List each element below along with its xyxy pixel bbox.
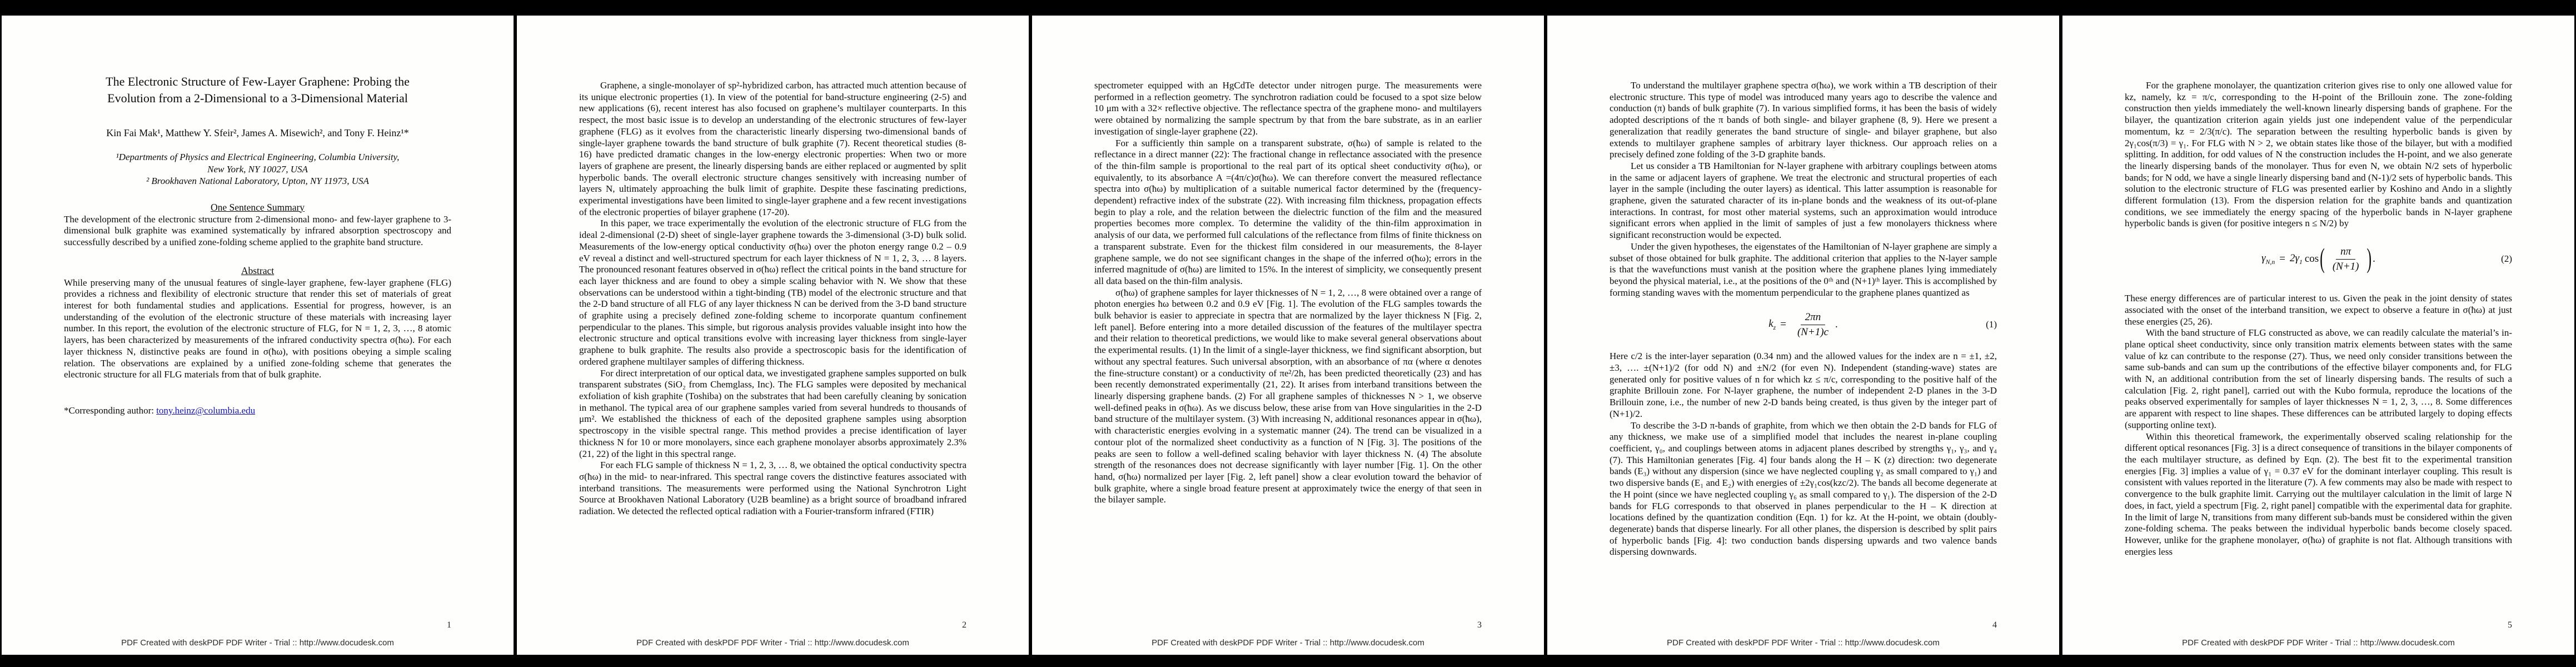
paragraph: Within this theoretical framework, the e… xyxy=(2125,431,2512,558)
cosine-function: cos xyxy=(2305,253,2319,265)
page-number: 3 xyxy=(1477,620,1482,630)
paragraph: For the graphene monolayer, the quantiza… xyxy=(2125,80,2512,230)
pdf-writer-credit: PDF Created with deskPDF PDF Writer - Tr… xyxy=(2062,638,2574,648)
paragraph: With the band structure of FLG construct… xyxy=(2125,327,2512,431)
paragraph: To understand the multilayer graphene sp… xyxy=(1610,80,1997,161)
pdf-writer-credit: PDF Created with deskPDF PDF Writer - Tr… xyxy=(1547,638,2059,648)
page-1: The Electronic Structure of Few-Layer Gr… xyxy=(2,16,514,655)
paragraph: Here c/2 is the inter-layer separation (… xyxy=(1610,351,1997,420)
eq2-fraction: nπ (N+1) xyxy=(2328,246,2364,273)
corresponding-author-email-link[interactable]: tony.heinz@columbia.edu xyxy=(156,405,255,416)
page-5-text-before-equation: For the graphene monolayer, the quantiza… xyxy=(2125,16,2512,230)
pdf-writer-credit: PDF Created with deskPDF PDF Writer - Tr… xyxy=(2,638,514,648)
open-paren: ( xyxy=(2320,243,2325,275)
one-sentence-summary-heading: One Sentence Summary xyxy=(64,202,451,213)
page-2: Graphene, a single-monolayer of sp²-hybr… xyxy=(517,16,1029,655)
equals-sign: = xyxy=(2279,253,2285,265)
eq2-coefficient: 2γ1 xyxy=(2290,252,2303,266)
paragraph: In this paper, we trace experimentally t… xyxy=(579,218,966,367)
page-number: 5 xyxy=(2508,620,2512,630)
affil-line: ¹Departments of Physics and Electrical E… xyxy=(64,151,451,163)
title-line: The Electronic Structure of Few-Layer Gr… xyxy=(64,73,451,90)
page-4-text-before-equation: To understand the multilayer graphene sp… xyxy=(1610,16,1997,298)
eq1-variable: kz xyxy=(1768,318,1776,332)
affil-line: ² Brookhaven National Laboratory, Upton,… xyxy=(64,175,451,187)
abstract-text: While preserving many of the unusual fea… xyxy=(64,277,451,381)
paragraph: For direct interpretation of our optical… xyxy=(579,368,966,460)
page-4: To understand the multilayer graphene sp… xyxy=(1547,16,2059,655)
one-sentence-summary-text: The development of the electronic struct… xyxy=(64,214,451,248)
paragraph: Under the given hypotheses, the eigensta… xyxy=(1610,241,1997,299)
equation-2: γN,n = 2γ1 cos ( nπ (N+1) ) . (2) xyxy=(2125,242,2512,276)
paper-title: The Electronic Structure of Few-Layer Gr… xyxy=(64,16,451,107)
pdf-writer-credit: PDF Created with deskPDF PDF Writer - Tr… xyxy=(1032,638,1544,648)
page-number: 2 xyxy=(962,620,966,630)
paragraph: For each FLG sample of thickness N = 1, … xyxy=(579,460,966,517)
paragraph: To describe the 3-D π-bands of graphite,… xyxy=(1610,420,1997,558)
corresponding-author-footnote: *Corresponding author: tony.heinz@columb… xyxy=(64,405,451,417)
page-3: spectrometer equipped with an HgCdTe det… xyxy=(1032,16,1544,655)
paragraph: For a sufficiently thin sample on a tran… xyxy=(1094,138,1482,287)
close-paren: ) xyxy=(2367,243,2372,275)
page-number: 4 xyxy=(1992,620,1997,630)
paragraph: Let us consider a TB Hamiltonian for N-l… xyxy=(1610,161,1997,241)
page-number: 1 xyxy=(447,620,451,630)
affil-line: New York, NY 10027, USA xyxy=(64,163,451,176)
equation-2-number: (2) xyxy=(2501,253,2512,265)
equation-1: kz = 2πn (N+1)c . (1) xyxy=(1610,307,1997,342)
page-5-text-after-equation: These energy differences are of particul… xyxy=(2125,293,2512,558)
page-4-text-after-equation: Here c/2 is the inter-layer separation (… xyxy=(1610,351,1997,558)
page-2-text: Graphene, a single-monolayer of sp²-hybr… xyxy=(579,16,966,517)
paragraph: σ(ħω) of graphene samples for layer thic… xyxy=(1094,287,1482,506)
title-line: Evolution from a 2-Dimensional to a 3-Di… xyxy=(64,90,451,107)
page-5: For the graphene monolayer, the quantiza… xyxy=(2062,16,2574,655)
affiliations: ¹Departments of Physics and Electrical E… xyxy=(64,151,451,187)
eq2-variable: γN,n xyxy=(2261,252,2275,266)
equation-1-number: (1) xyxy=(1986,319,1997,330)
page-3-text: spectrometer equipped with an HgCdTe det… xyxy=(1094,16,1482,506)
paragraph: These energy differences are of particul… xyxy=(2125,293,2512,327)
abstract-heading: Abstract xyxy=(64,265,451,277)
author-line: Kin Fai Mak¹, Matthew Y. Sfeir², James A… xyxy=(64,127,451,139)
equals-sign: = xyxy=(1780,318,1786,331)
paragraph: Graphene, a single-monolayer of sp²-hybr… xyxy=(579,80,966,218)
footnote-prefix: *Corresponding author: xyxy=(64,405,156,416)
pdf-pages-row: The Electronic Structure of Few-Layer Gr… xyxy=(0,0,2576,655)
eq1-fraction: 2πn (N+1)c xyxy=(1793,311,1833,339)
pdf-writer-credit: PDF Created with deskPDF PDF Writer - Tr… xyxy=(517,638,1029,648)
paragraph: spectrometer equipped with an HgCdTe det… xyxy=(1094,80,1482,138)
